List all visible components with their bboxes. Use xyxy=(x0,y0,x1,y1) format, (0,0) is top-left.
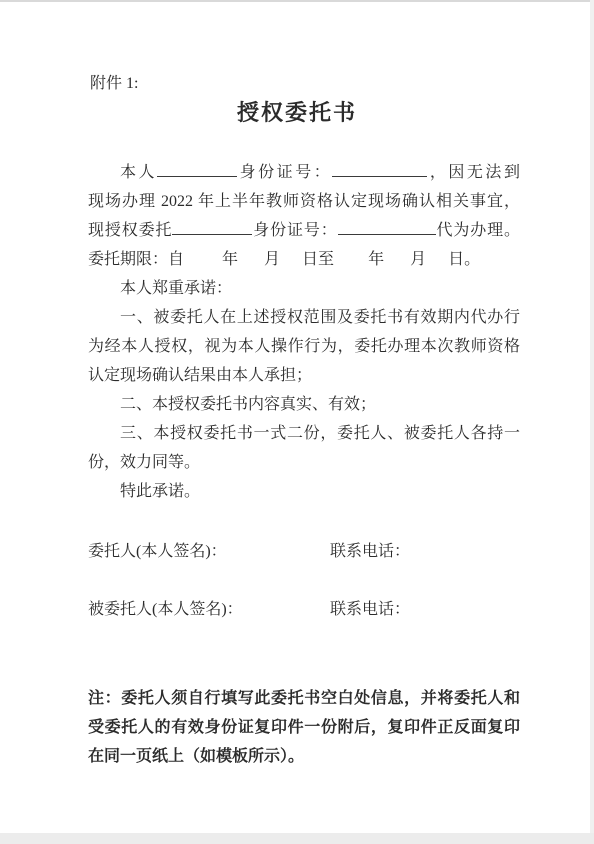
line-promise-intro: 本人郑重承诺： xyxy=(88,274,520,303)
period-year1-label: 年 xyxy=(222,251,238,268)
agent-signature-label: 被委托人(本人签名)： xyxy=(88,601,243,618)
period-year2-label: 年 xyxy=(368,251,384,268)
attachment-label: 附件 1: xyxy=(90,74,138,94)
agent-prefix-text: 现授权委托 xyxy=(88,222,172,239)
line-agent-identity: 现授权委托身份证号：代为办理。 xyxy=(88,216,520,245)
period-label: 委托期限：自 xyxy=(88,251,184,268)
line-promise-item1-part2: 为经本人授权，视为本人操作行为，委托办理本次教师资格 xyxy=(88,332,520,361)
note-line-3: 在同一页纸上（如模板所示）。 xyxy=(88,742,520,771)
agent-phone-label: 联系电话： xyxy=(330,600,410,620)
line-closing-statement: 特此承诺。 xyxy=(88,477,520,506)
period-day1-label: 日至 xyxy=(302,251,334,268)
page-bottom-edge-shadow xyxy=(0,833,594,844)
blank-agent-name xyxy=(172,218,252,235)
blank-agent-id-number xyxy=(338,218,436,235)
blank-start-year xyxy=(184,263,222,264)
line-promise-item3-part2: 份，效力同等。 xyxy=(88,448,520,477)
line-delegation-period: 委托期限：自年月日至年月日。 xyxy=(88,245,520,274)
blank-end-year xyxy=(334,263,368,264)
document-title: 授权委托书 xyxy=(0,96,594,127)
blank-end-day xyxy=(426,263,448,264)
authorization-document-page: 附件 1: 授权委托书 本人身份证号：，因无法到 现场办理 2022 年上半年教… xyxy=(0,0,594,844)
document-body: 本人身份证号：，因无法到 现场办理 2022 年上半年教师资格认定现场确认相关事… xyxy=(88,158,520,506)
blank-principal-id-number xyxy=(332,160,427,177)
principal-signature-row: 委托人(本人签名)： 联系电话： xyxy=(88,542,227,562)
blank-start-day xyxy=(280,263,302,264)
line-promise-item2: 二、本授权委托书内容真实、有效； xyxy=(88,390,520,419)
principal-reason-text: ，因无法到 xyxy=(427,164,520,181)
line-principal-identity: 本人身份证号：，因无法到 xyxy=(88,158,520,187)
period-month1-label: 月 xyxy=(264,251,280,268)
page-top-edge-shadow xyxy=(0,0,594,2)
agent-handle-text: 代为办理。 xyxy=(436,222,520,239)
agent-signature-row: 被委托人(本人签名)： 联系电话： xyxy=(88,600,243,620)
principal-signature-label: 委托人(本人签名)： xyxy=(88,543,227,560)
note-line-2: 受委托人的有效身份证复印件一份附后，复印件正反面复印 xyxy=(88,713,520,742)
footer-note: 注：委托人须自行填写此委托书空白处信息，并将委托人和 受委托人的有效身份证复印件… xyxy=(88,684,520,771)
blank-end-month xyxy=(384,263,410,264)
principal-prefix-text: 本人 xyxy=(120,164,157,181)
line-promise-item1-part1: 一、被委托人在上述授权范围及委托书有效期内代办行 xyxy=(88,303,520,332)
line-promise-item1-part3: 认定现场确认结果由本人承担； xyxy=(88,361,520,390)
line-promise-item3-part1: 三、本授权委托书一式二份，委托人、被委托人各持一 xyxy=(88,419,520,448)
blank-start-month xyxy=(238,263,264,264)
agent-id-label: 身份证号： xyxy=(252,222,337,239)
principal-id-label: 身份证号： xyxy=(237,164,332,181)
principal-phone-label: 联系电话： xyxy=(330,542,410,562)
note-line-1: 注：委托人须自行填写此委托书空白处信息，并将委托人和 xyxy=(88,684,520,713)
line-reason-continuation: 现场办理 2022 年上半年教师资格认定现场确认相关事宜， xyxy=(88,187,520,216)
blank-principal-name xyxy=(157,160,237,177)
period-day2-label: 日。 xyxy=(448,251,480,268)
period-month2-label: 月 xyxy=(410,251,426,268)
